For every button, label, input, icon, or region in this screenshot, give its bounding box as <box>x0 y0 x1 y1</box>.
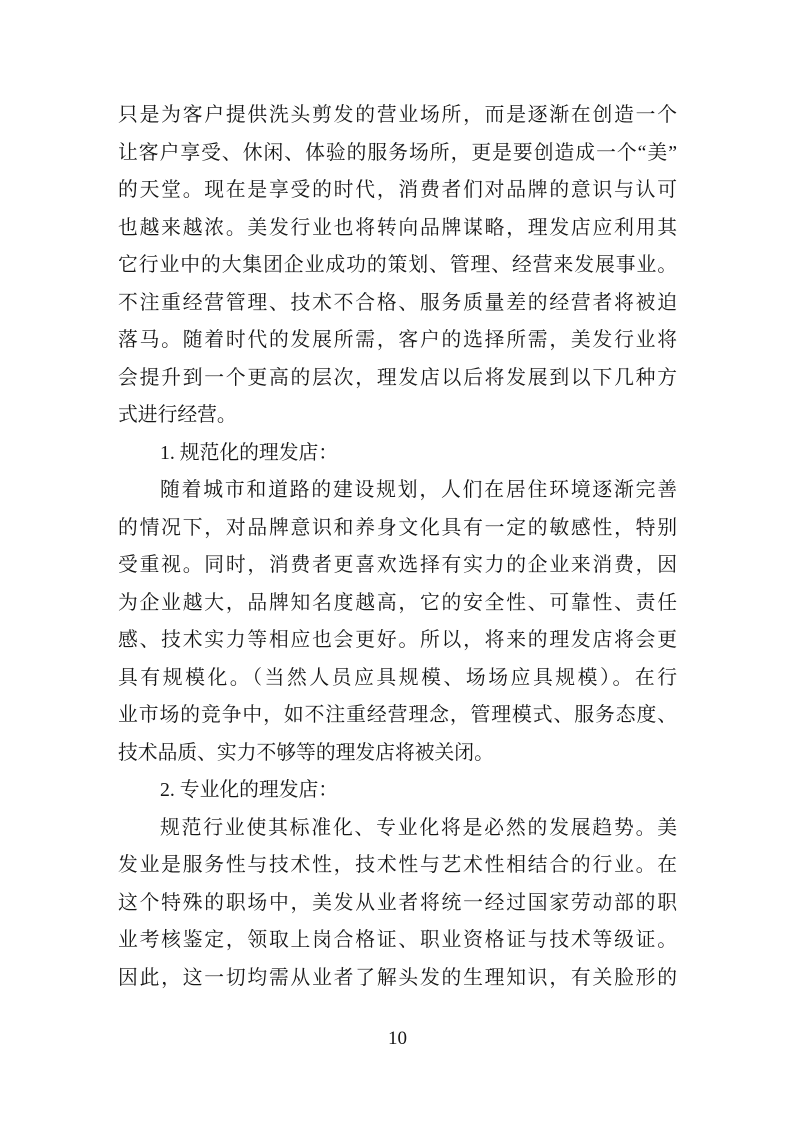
text-line: 技术品质、实力不够等的理发店将被关闭。 <box>118 735 677 773</box>
page-number: 10 <box>118 1024 677 1054</box>
text-line: 具有规模化。（当然人员应具规模、场场应具规模）。在行 <box>118 660 677 698</box>
text-line: 感、技术实力等相应也会更好。所以，将来的理发店将会更 <box>118 622 677 660</box>
text-line: 为企业越大，品牌知名度越高，它的安全性、可靠性、责任 <box>118 585 677 623</box>
section-heading: 1. 规范化的理发店： <box>118 435 677 473</box>
text-line: 也越来越浓。美发行业也将转向品牌谋略，理发店应利用其 <box>118 210 677 248</box>
text-line: 业考核鉴定，领取上岗合格证、职业资格证与技术等级证。 <box>118 922 677 960</box>
section-heading: 2. 专业化的理发店： <box>118 772 677 810</box>
text-line: 发业是服务性与技术性，技术性与艺术性相结合的行业。在 <box>118 847 677 885</box>
text-line: 业市场的竞争中，如不注重经营理念，管理模式、服务态度、 <box>118 697 677 735</box>
text-line: 落马。随着时代的发展所需，客户的选择所需，美发行业将 <box>118 322 677 360</box>
text-line: 随着城市和道路的建设规划，人们在居住环境逐渐完善 <box>118 472 677 510</box>
text-line: 只是为客户提供洗头剪发的营业场所，而是逐渐在创造一个 <box>118 97 677 135</box>
text-line: 的情况下，对品牌意识和养身文化具有一定的敏感性，特别 <box>118 510 677 548</box>
text-line: 它行业中的大集团企业成功的策划、管理、经营来发展事业。 <box>118 247 677 285</box>
document-page: 只是为客户提供洗头剪发的营业场所，而是逐渐在创造一个 让客户享受、休闲、体验的服… <box>0 0 793 1122</box>
text-line: 式进行经营。 <box>118 397 677 435</box>
text-line: 因此，这一切均需从业者了解头发的生理知识，有关脸形的 <box>118 960 677 998</box>
text-column: 只是为客户提供洗头剪发的营业场所，而是逐渐在创造一个 让客户享受、休闲、体验的服… <box>118 97 677 997</box>
text-line: 受重视。同时，消费者更喜欢选择有实力的企业来消费，因 <box>118 547 677 585</box>
text-line: 会提升到一个更高的层次，理发店以后将发展到以下几种方 <box>118 360 677 398</box>
text-line: 不注重经营管理、技术不合格、服务质量差的经营者将被迫 <box>118 285 677 323</box>
text-line: 的天堂。现在是享受的时代，消费者们对品牌的意识与认可 <box>118 172 677 210</box>
text-line: 让客户享受、休闲、体验的服务场所，更是要创造成一个“美” <box>118 135 677 173</box>
text-line: 这个特殊的职场中，美发从业者将统一经过国家劳动部的职 <box>118 885 677 923</box>
text-line: 规范行业使其标准化、专业化将是必然的发展趋势。美 <box>118 810 677 848</box>
